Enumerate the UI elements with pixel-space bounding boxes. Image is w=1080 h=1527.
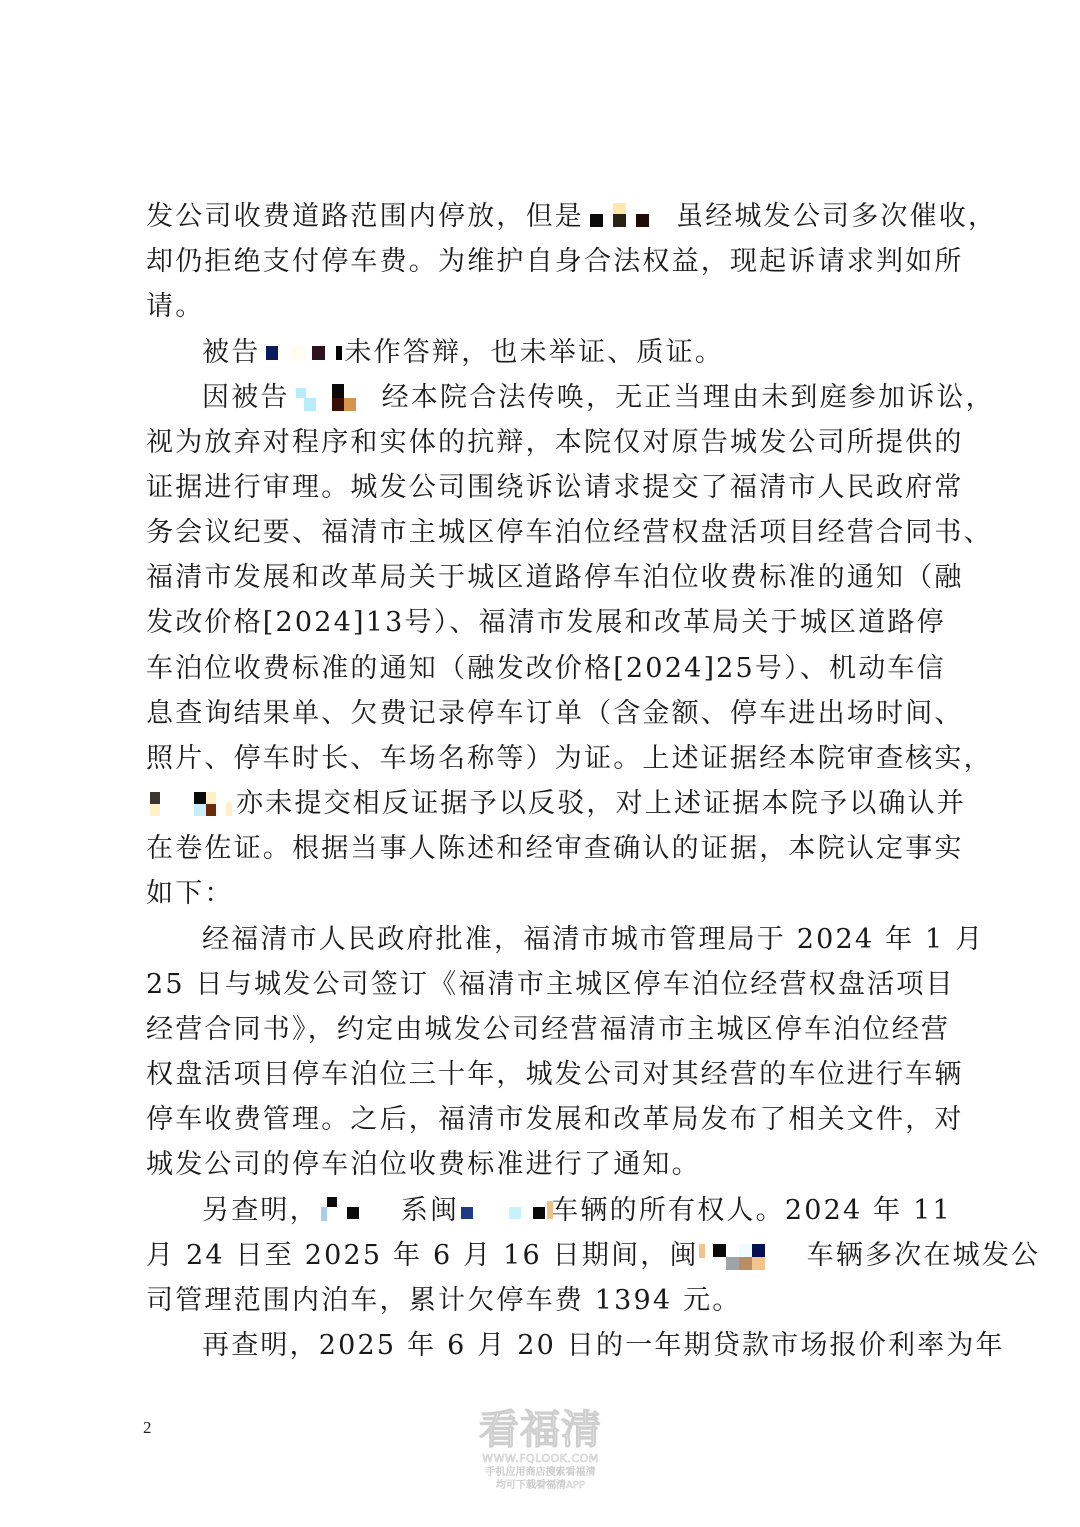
text-line: 视为放弃对程序和实体的抗辩，本院仅对原告城发公司所提供的 xyxy=(146,421,946,465)
text-line: 亦未提交相反证据予以反驳，对上述证据本院予以确认并 xyxy=(146,782,946,826)
text-segment: 经本院合法传唤，无正当理由未到庭参加诉讼， xyxy=(382,382,995,413)
text-segment: 虽经城发公司多次催收， xyxy=(676,201,997,232)
redacted-name xyxy=(319,1199,401,1225)
text-line: 经营合同书》，约定由城发公司经营福清市主城区停车泊位经营 xyxy=(146,1008,946,1052)
text-segment: 被告 xyxy=(202,337,260,368)
redacted-name xyxy=(146,792,236,818)
text-segment: 系闽 xyxy=(401,1195,459,1226)
text-line: 另查明， 系闽 车辆的所有权人。2024 年 11 xyxy=(202,1189,946,1233)
text-segment: 因被告 xyxy=(202,382,290,413)
text-line: 如下： xyxy=(146,872,946,916)
text-line: 经福清市人民政府批准，福清市城市管理局于 2024 年 1 月 xyxy=(202,918,946,962)
text-line: 城发公司的停车泊位收费标准进行了通知。 xyxy=(146,1143,946,1187)
redacted-name xyxy=(290,386,382,412)
redacted-name xyxy=(584,205,676,231)
text-segment: 未作答辩，也未举证、质证。 xyxy=(344,337,724,368)
text-segment: 另查明， xyxy=(202,1195,319,1226)
text-line: 息查询结果单、欠费记录停车订单（含金额、停车进出场时间、 xyxy=(146,692,946,736)
text-segment: 车辆多次在城发公 xyxy=(807,1240,1041,1271)
text-segment: 车辆的所有权人。2024 年 11 xyxy=(551,1195,952,1226)
text-line: 请。 xyxy=(146,285,946,329)
watermark-logo: 看福清 xyxy=(468,1408,613,1452)
text-line: 停车收费管理。之后，福清市发展和改革局发布了相关文件，对 xyxy=(146,1098,946,1142)
text-line: 被告 未作答辩，也未举证、质证。 xyxy=(202,331,946,375)
text-line: 权盘活项目停车泊位三十年，城发公司对其经营的车位进行车辆 xyxy=(146,1053,946,1097)
text-line: 25 日与城发公司签订《福清市主城区停车泊位经营权盘活项目 xyxy=(146,963,946,1007)
text-line: 发改价格[2024]13号）、福清市发展和改革局关于城区道路停 xyxy=(146,601,946,645)
page-number: 2 xyxy=(143,1418,152,1438)
text-line: 却仍拒绝支付停车费。为维护自身合法权益，现起诉请求判如所 xyxy=(146,240,946,284)
text-line: 福清市发展和改革局关于城区道路停车泊位收费标准的通知（融 xyxy=(146,556,946,600)
text-line: 发公司收费道路范围内停放，但是 虽经城发公司多次催收， xyxy=(146,195,946,239)
text-line: 再查明，2025 年 6 月 20 日的一年期贷款市场报价利率为年 xyxy=(202,1324,946,1368)
redacted-plate xyxy=(699,1244,807,1270)
text-line: 照片、停车时长、车场名称等）为证。上述证据经本院审查核实， xyxy=(146,737,946,781)
watermark: 看福清 WWW.FQLOOK.COM 手机应用商店搜索看福清 均可下载看福清AP… xyxy=(468,1408,613,1492)
text-line: 务会议纪要、福清市主城区停车泊位经营权盘活项目经营合同书、 xyxy=(146,511,946,555)
text-segment: 发公司收费道路范围内停放，但是 xyxy=(146,201,584,232)
document-page: 发公司收费道路范围内停放，但是 虽经城发公司多次催收， 却仍拒绝支付停车费。为维… xyxy=(0,0,1080,1527)
watermark-url: WWW.FQLOOK.COM xyxy=(468,1452,613,1466)
text-segment: 月 24 日至 2025 年 6 月 16 日期间，闽 xyxy=(146,1240,699,1271)
watermark-text: 均可下载看福清APP xyxy=(468,1479,613,1492)
redacted-name xyxy=(260,341,344,367)
text-line: 月 24 日至 2025 年 6 月 16 日期间，闽 车辆多次在城发公 xyxy=(146,1234,946,1278)
text-line: 在卷佐证。根据当事人陈述和经审查确认的证据，本院认定事实 xyxy=(146,827,946,871)
text-line: 因被告 经本院合法传唤，无正当理由未到庭参加诉讼， xyxy=(202,376,946,420)
redacted-plate xyxy=(459,1199,551,1225)
text-line: 司管理范围内泊车，累计欠停车费 1394 元。 xyxy=(146,1279,946,1323)
watermark-text: 手机应用商店搜索看福清 xyxy=(468,1466,613,1479)
text-line: 证据进行审理。城发公司围绕诉讼请求提交了福清市人民政府常 xyxy=(146,466,946,510)
text-segment: 亦未提交相反证据予以反驳，对上述证据本院予以确认并 xyxy=(236,788,966,819)
text-line: 车泊位收费标准的通知（融发改价格[2024]25号）、机动车信 xyxy=(146,647,946,691)
